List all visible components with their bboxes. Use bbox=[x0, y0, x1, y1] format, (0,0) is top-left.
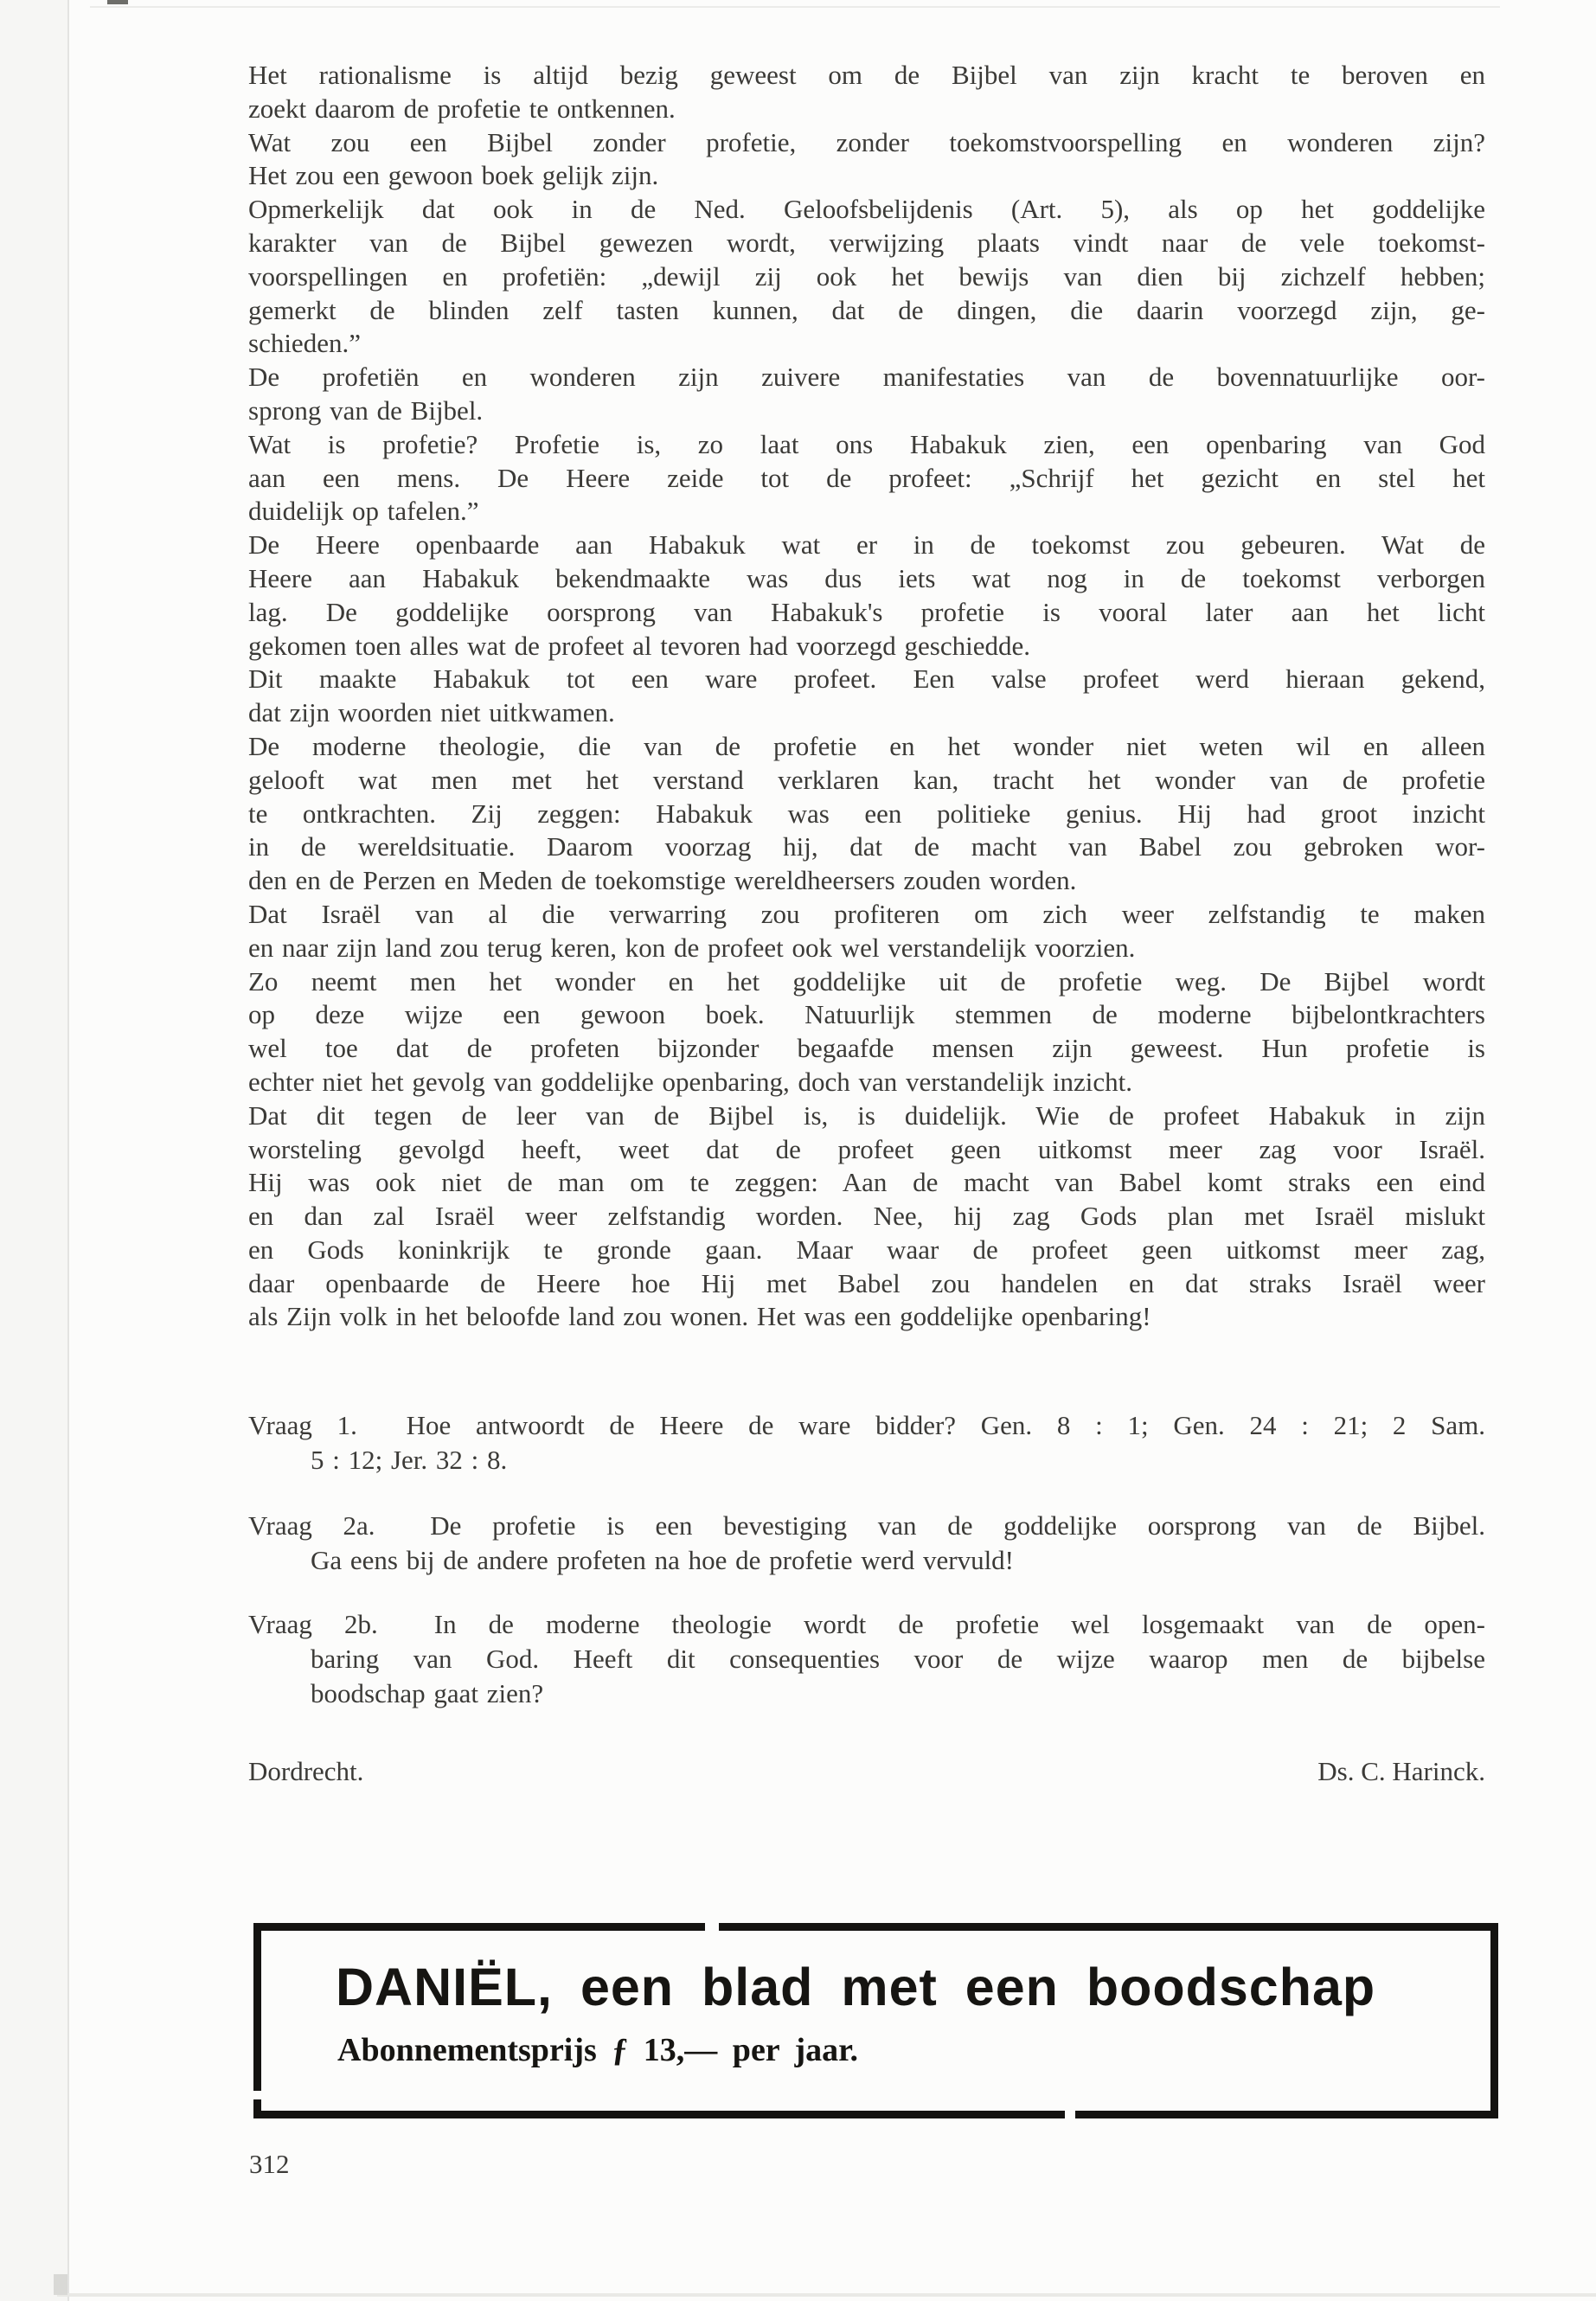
text-line: en dan zal Israël weer zelfstandig worde… bbox=[248, 1200, 1485, 1234]
text-line: lag. De goddelijke oorsprong van Habakuk… bbox=[248, 596, 1485, 630]
text-line: in de wereldsituatie. Daarom voorzag hij… bbox=[248, 830, 1485, 864]
text-line: dat zijn woorden niet uitkwamen. bbox=[248, 696, 1485, 730]
advert-box bbox=[253, 1923, 1498, 2118]
text-line: daar openbaarde de Heere hoe Hij met Bab… bbox=[248, 1267, 1485, 1301]
advert-border-gap bbox=[1065, 2111, 1075, 2118]
text-line: De Heere openbaarde aan Habakuk wat er i… bbox=[248, 529, 1485, 562]
text-line: en Gods koninkrijk te gronde gaan. Maar … bbox=[248, 1234, 1485, 1267]
page-number: 312 bbox=[249, 2149, 290, 2180]
signature-place: Dordrecht. bbox=[248, 1754, 363, 1789]
scanned-document-page: Het rationalisme is altijd bezig geweest… bbox=[0, 0, 1596, 2301]
text-line: op deze wijze een gewoon boek. Natuurlij… bbox=[248, 998, 1485, 1032]
signature-row: Dordrecht. Ds. C. Harinck. bbox=[248, 1754, 1485, 1789]
scan-top-ink-mark bbox=[107, 0, 128, 4]
question-text: In de moderne theologie wordt de profeti… bbox=[434, 1609, 1485, 1639]
text-line: duidelijk op tafelen.” bbox=[248, 495, 1485, 529]
scan-bottom-ink-mark bbox=[54, 2274, 67, 2295]
text-line: aan een mens. De Heere zeide tot de prof… bbox=[248, 462, 1485, 496]
text-line: karakter van de Bijbel gewezen wordt, ve… bbox=[248, 227, 1485, 260]
advert-border-gap bbox=[705, 1923, 719, 1931]
text-line: gemerkt de blinden zelf tasten kunnen, d… bbox=[248, 294, 1485, 328]
question-text: Hoe antwoordt de Heere de ware bidder? G… bbox=[407, 1410, 1485, 1440]
scan-top-rule bbox=[90, 6, 1500, 8]
text-line: De moderne theologie, die van de profeti… bbox=[248, 730, 1485, 764]
question-first-line: Vraag 2a. De profetie is een bevestiging… bbox=[248, 1509, 1485, 1543]
text-line: Wat is profetie? Profetie is, zo laat on… bbox=[248, 428, 1485, 462]
advert-subscription-price: Abonnementsprijs ƒ 13,— per jaar. bbox=[337, 2034, 858, 2067]
question-label: Vraag 2a. bbox=[248, 1510, 400, 1541]
advert-title: DANIËL, een blad met een boodschap bbox=[336, 1961, 1375, 2014]
text-line: Dat dit tegen de leer van de Bijbel is, … bbox=[248, 1099, 1485, 1133]
question-label: Vraag 1. bbox=[248, 1410, 381, 1440]
article-text: Het rationalisme is altijd bezig geweest… bbox=[248, 59, 1485, 1334]
question-text: De profetie is een bevestiging van de go… bbox=[430, 1510, 1485, 1541]
question-line: boodschap gaat zien? bbox=[248, 1676, 1485, 1711]
advert-border-gap bbox=[253, 2091, 261, 2099]
text-line: voorspellingen en profetiën: „dewijl zij… bbox=[248, 260, 1485, 294]
question-2a: Vraag 2a. De profetie is een bevestiging… bbox=[248, 1509, 1485, 1578]
scan-left-margin-strip bbox=[0, 0, 67, 2301]
text-line: en naar zijn land zou terug keren, kon d… bbox=[248, 932, 1485, 965]
text-line: Opmerkelijk dat ook in de Ned. Geloofsbe… bbox=[248, 193, 1485, 227]
text-line: schieden.” bbox=[248, 327, 1485, 361]
text-line: Dat Israël van al die verwarring zou pro… bbox=[248, 898, 1485, 932]
text-line: Heere aan Habakuk bekendmaakte was dus i… bbox=[248, 562, 1485, 596]
text-line: wel toe dat de profeten bijzonder begaaf… bbox=[248, 1032, 1485, 1066]
text-line: worsteling gevolgd heeft, weet dat de pr… bbox=[248, 1133, 1485, 1167]
question-line: 5 : 12; Jer. 32 : 8. bbox=[248, 1443, 1485, 1477]
scan-page-edge-line bbox=[67, 0, 69, 2301]
text-line: gelooft wat men met het verstand verklar… bbox=[248, 764, 1485, 798]
text-line: zoekt daarom de profetie te ontkennen. bbox=[248, 93, 1485, 126]
text-line: De profetiën en wonderen zijn zuivere ma… bbox=[248, 361, 1485, 394]
text-line: Zo neemt men het wonder en het goddelijk… bbox=[248, 965, 1485, 999]
question-first-line: Vraag 1. Hoe antwoordt de Heere de ware … bbox=[248, 1408, 1485, 1443]
text-line: gekomen toen alles wat de profeet al tev… bbox=[248, 630, 1485, 663]
text-line: Het rationalisme is altijd bezig geweest… bbox=[248, 59, 1485, 93]
text-line: Het zou een gewoon boek gelijk zijn. bbox=[248, 159, 1485, 193]
question-1: Vraag 1. Hoe antwoordt de Heere de ware … bbox=[248, 1408, 1485, 1477]
text-line: den en de Perzen en Meden de toekomstige… bbox=[248, 864, 1485, 898]
scan-bottom-rule bbox=[57, 2293, 1596, 2297]
question-2b: Vraag 2b. In de moderne theologie wordt … bbox=[248, 1607, 1485, 1711]
question-label: Vraag 2b. bbox=[248, 1609, 402, 1639]
signature-author: Ds. C. Harinck. bbox=[1317, 1754, 1485, 1789]
text-line: echter niet het gevolg van goddelijke op… bbox=[248, 1066, 1485, 1099]
text-line: als Zijn volk in het beloofde land zou w… bbox=[248, 1300, 1485, 1334]
text-line: Wat zou een Bijbel zonder profetie, zond… bbox=[248, 126, 1485, 160]
text-line: sprong van de Bijbel. bbox=[248, 394, 1485, 428]
question-first-line: Vraag 2b. In de moderne theologie wordt … bbox=[248, 1607, 1485, 1642]
text-line: te ontkrachten. Zij zeggen: Habakuk was … bbox=[248, 798, 1485, 831]
question-line: Ga eens bij de andere profeten na hoe de… bbox=[248, 1543, 1485, 1578]
text-line: Hij was ook niet de man om te zeggen: Aa… bbox=[248, 1166, 1485, 1200]
question-line: baring van God. Heeft dit consequenties … bbox=[248, 1642, 1485, 1676]
text-line: Dit maakte Habakuk tot een ware profeet.… bbox=[248, 663, 1485, 696]
